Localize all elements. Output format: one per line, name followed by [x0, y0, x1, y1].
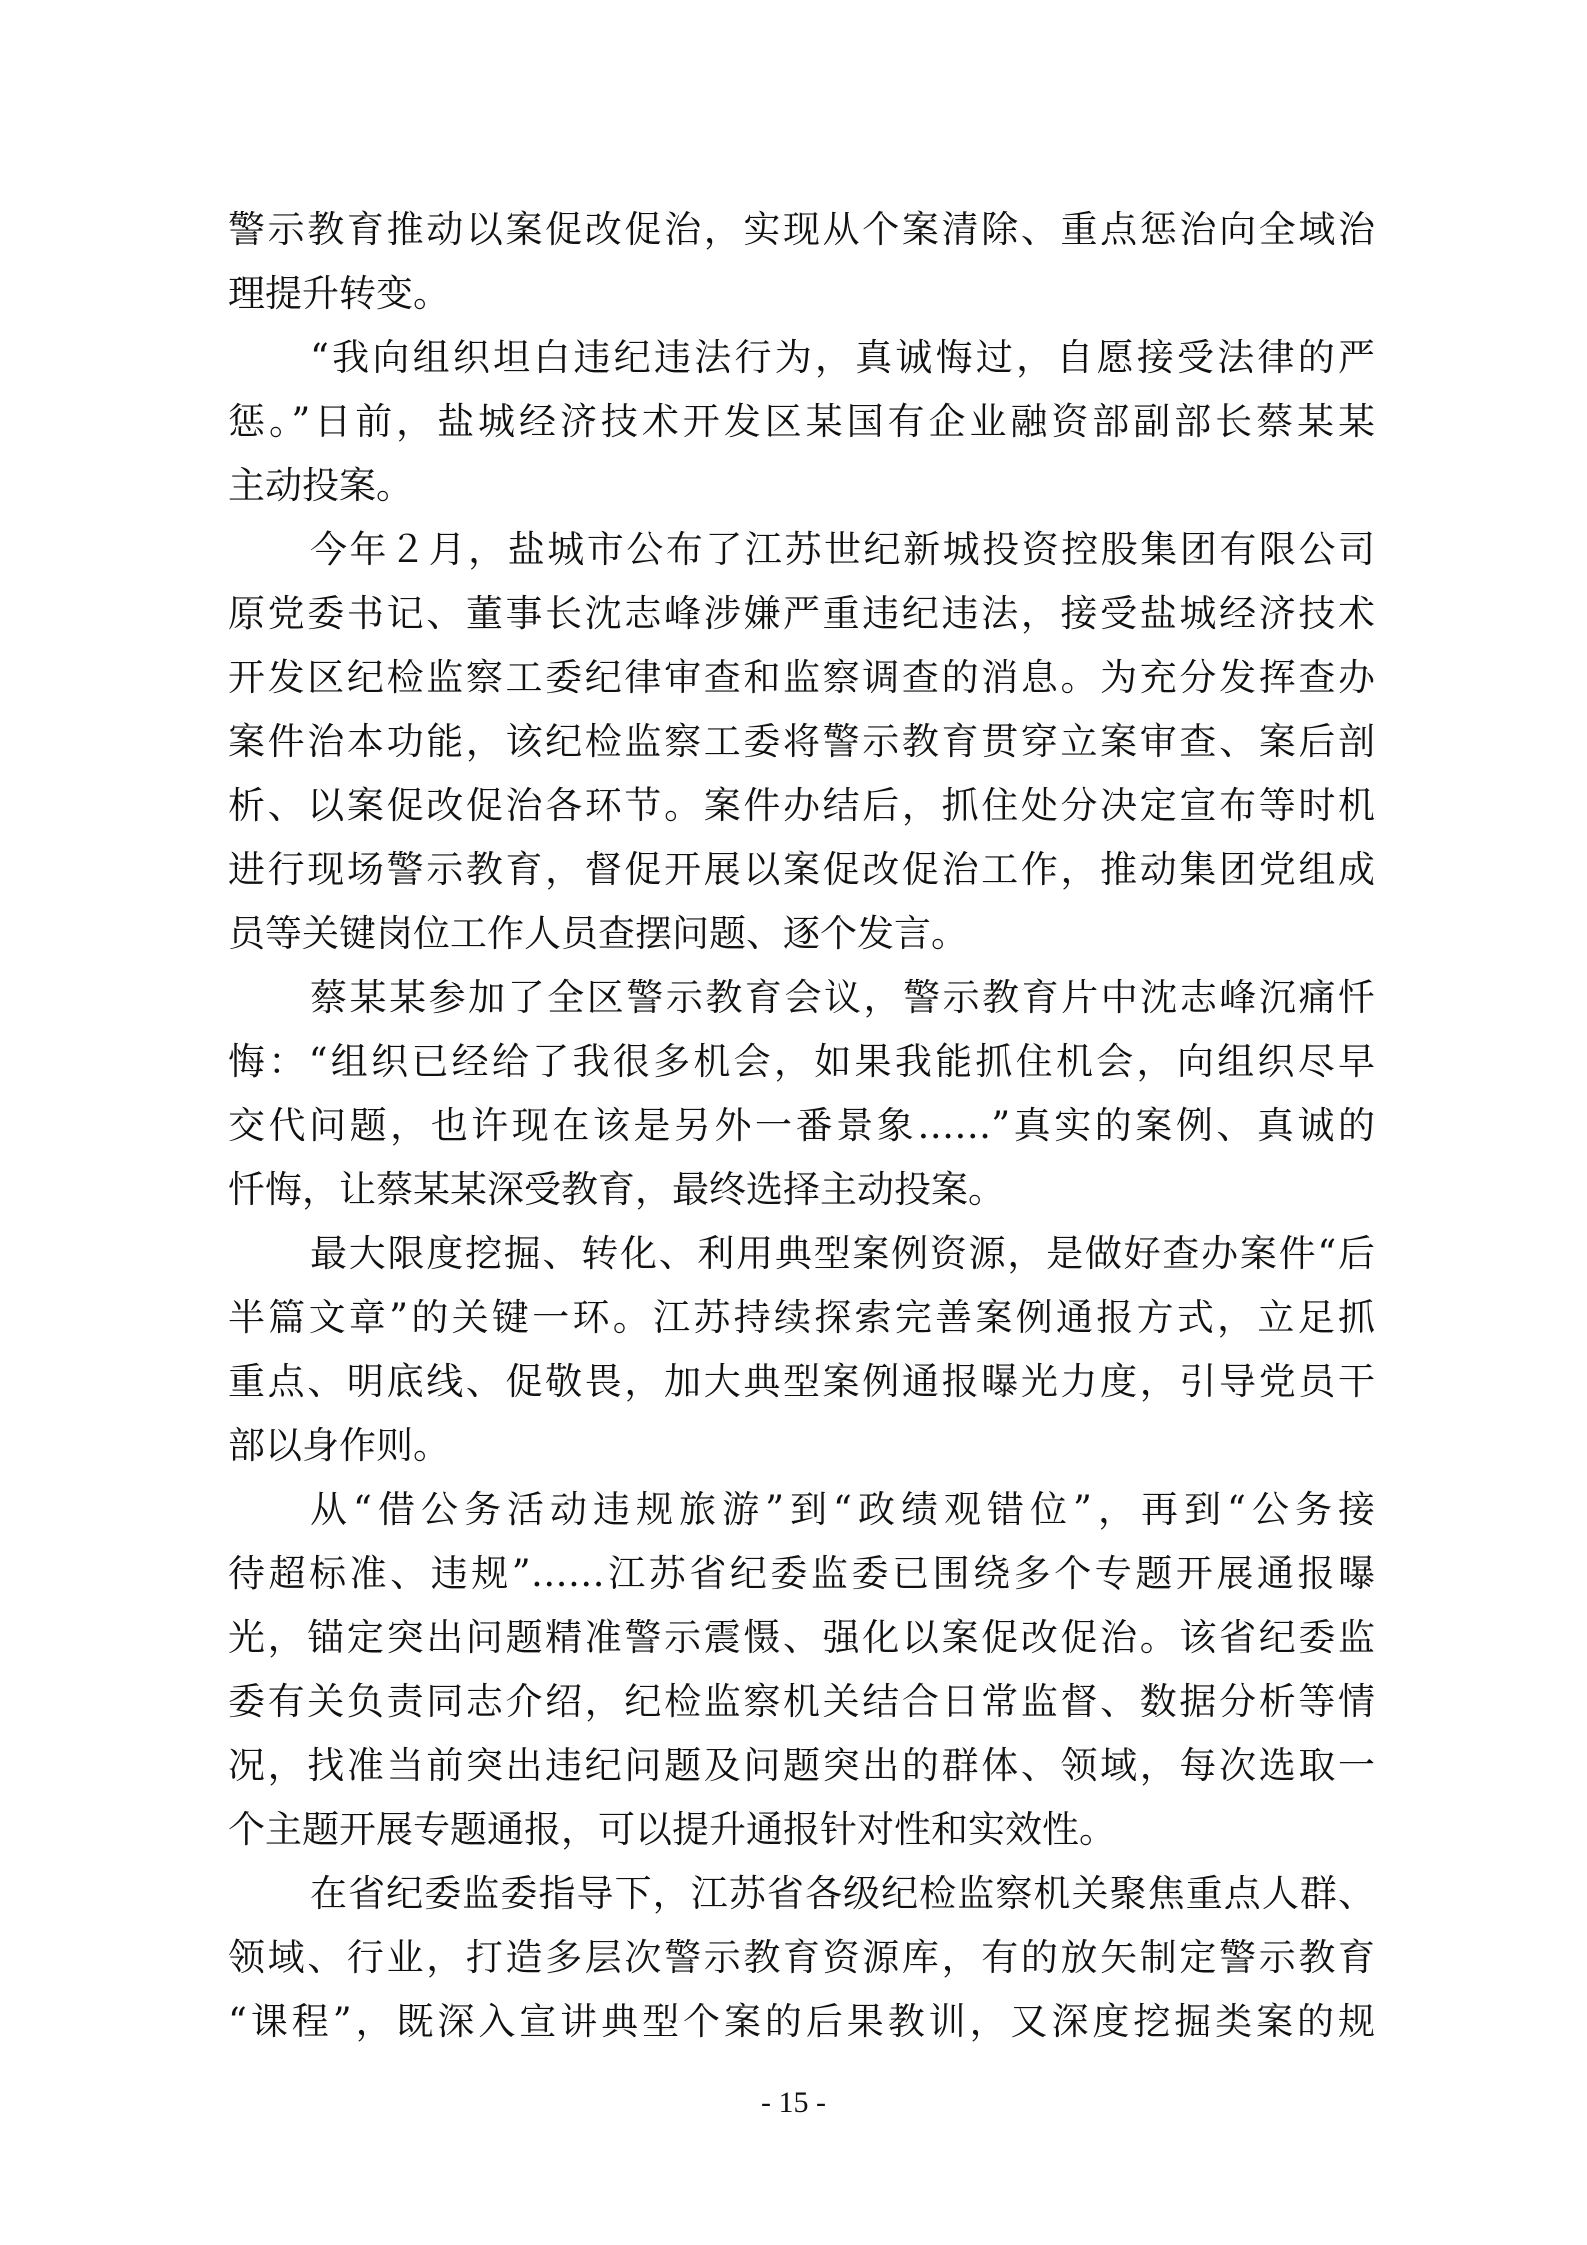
text-line: 析、以案促改促治各环节。案件办结后，抓住处分决定宣布等时机 — [228, 774, 1375, 838]
text-line: 原党委书记、董事长沈志峰涉嫌严重违纪违法，接受盐城经济技术 — [228, 582, 1375, 646]
text-line: 从“借公务活动违规旅游”到“政绩观错位”，再到“公务接 — [228, 1478, 1375, 1542]
text-line: 在省纪委监委指导下，江苏省各级纪检监察机关聚焦重点人群、 — [228, 1862, 1375, 1926]
text-line: 惩。”日前，盐城经济技术开发区某国有企业融资部副部长蔡某某 — [228, 390, 1375, 454]
paragraph: 警示教育推动以案促改促治，实现从个案清除、重点惩治向全域治 理提升转变。 — [228, 198, 1375, 326]
text-line: 领域、行业，打造多层次警示教育资源库，有的放矢制定警示教育 — [228, 1926, 1375, 1990]
text-line: 待超标准、违规”……江苏省纪委监委已围绕多个专题开展通报曝 — [228, 1542, 1375, 1606]
paragraph: 蔡某某参加了全区警示教育会议，警示教育片中沈志峰沉痛忏 悔：“组织已经给了我很多… — [228, 966, 1375, 1222]
text-line: 进行现场警示教育，督促开展以案促改促治工作，推动集团党组成 — [228, 838, 1375, 902]
text-line: 个主题开展专题通报，可以提升通报针对性和实效性。 — [228, 1798, 1375, 1862]
paragraph: 今年２月，盐城市公布了江苏世纪新城投资控股集团有限公司 原党委书记、董事长沈志峰… — [228, 518, 1375, 966]
text-line: 开发区纪检监察工委纪律审查和监察调查的消息。为充分发挥查办 — [228, 646, 1375, 710]
paragraph: 最大限度挖掘、转化、利用典型案例资源，是做好查办案件“后 半篇文章”的关键一环。… — [228, 1222, 1375, 1478]
text-line: 理提升转变。 — [228, 262, 1375, 326]
text-line: 主动投案。 — [228, 454, 1375, 518]
paragraph: “我向组织坦白违纪违法行为，真诚悔过，自愿接受法律的严 惩。”日前，盐城经济技术… — [228, 326, 1375, 518]
text-line: 交代问题，也许现在该是另外一番景象……”真实的案例、真诚的 — [228, 1094, 1375, 1158]
text-line: 重点、明底线、促敬畏，加大典型案例通报曝光力度，引导党员干 — [228, 1350, 1375, 1414]
text-line: 光，锚定突出问题精准警示震慑、强化以案促改促治。该省纪委监 — [228, 1606, 1375, 1670]
text-line: 员等关键岗位工作人员查摆问题、逐个发言。 — [228, 902, 1375, 966]
text-line: 忏悔，让蔡某某深受教育，最终选择主动投案。 — [228, 1158, 1375, 1222]
text-line: 悔：“组织已经给了我很多机会，如果我能抓住机会，向组织尽早 — [228, 1030, 1375, 1094]
paragraph: 从“借公务活动违规旅游”到“政绩观错位”，再到“公务接 待超标准、违规”……江苏… — [228, 1478, 1375, 1862]
text-line: 部以身作则。 — [228, 1414, 1375, 1478]
page-number: - 15 - — [0, 2083, 1587, 2123]
text-line: 案件治本功能，该纪检监察工委将警示教育贯穿立案审查、案后剖 — [228, 710, 1375, 774]
text-line: 委有关负责同志介绍，纪检监察机关结合日常监督、数据分析等情 — [228, 1670, 1375, 1734]
text-line: “我向组织坦白违纪违法行为，真诚悔过，自愿接受法律的严 — [228, 326, 1375, 390]
text-line: 警示教育推动以案促改促治，实现从个案清除、重点惩治向全域治 — [228, 198, 1375, 262]
body-text: 警示教育推动以案促改促治，实现从个案清除、重点惩治向全域治 理提升转变。 “我向… — [228, 198, 1375, 2054]
paragraph: 在省纪委监委指导下，江苏省各级纪检监察机关聚焦重点人群、 领域、行业，打造多层次… — [228, 1862, 1375, 2054]
text-line: 半篇文章”的关键一环。江苏持续探索完善案例通报方式，立足抓 — [228, 1286, 1375, 1350]
text-line: 蔡某某参加了全区警示教育会议，警示教育片中沈志峰沉痛忏 — [228, 966, 1375, 1030]
text-line: 最大限度挖掘、转化、利用典型案例资源，是做好查办案件“后 — [228, 1222, 1375, 1286]
document-page: 警示教育推动以案促改促治，实现从个案清除、重点惩治向全域治 理提升转变。 “我向… — [0, 0, 1587, 2245]
text-line: 况，找准当前突出违纪问题及问题突出的群体、领域，每次选取一 — [228, 1734, 1375, 1798]
text-line: 今年２月，盐城市公布了江苏世纪新城投资控股集团有限公司 — [228, 518, 1375, 582]
text-line: “课程”，既深入宣讲典型个案的后果教训，又深度挖掘类案的规 — [228, 1990, 1375, 2054]
